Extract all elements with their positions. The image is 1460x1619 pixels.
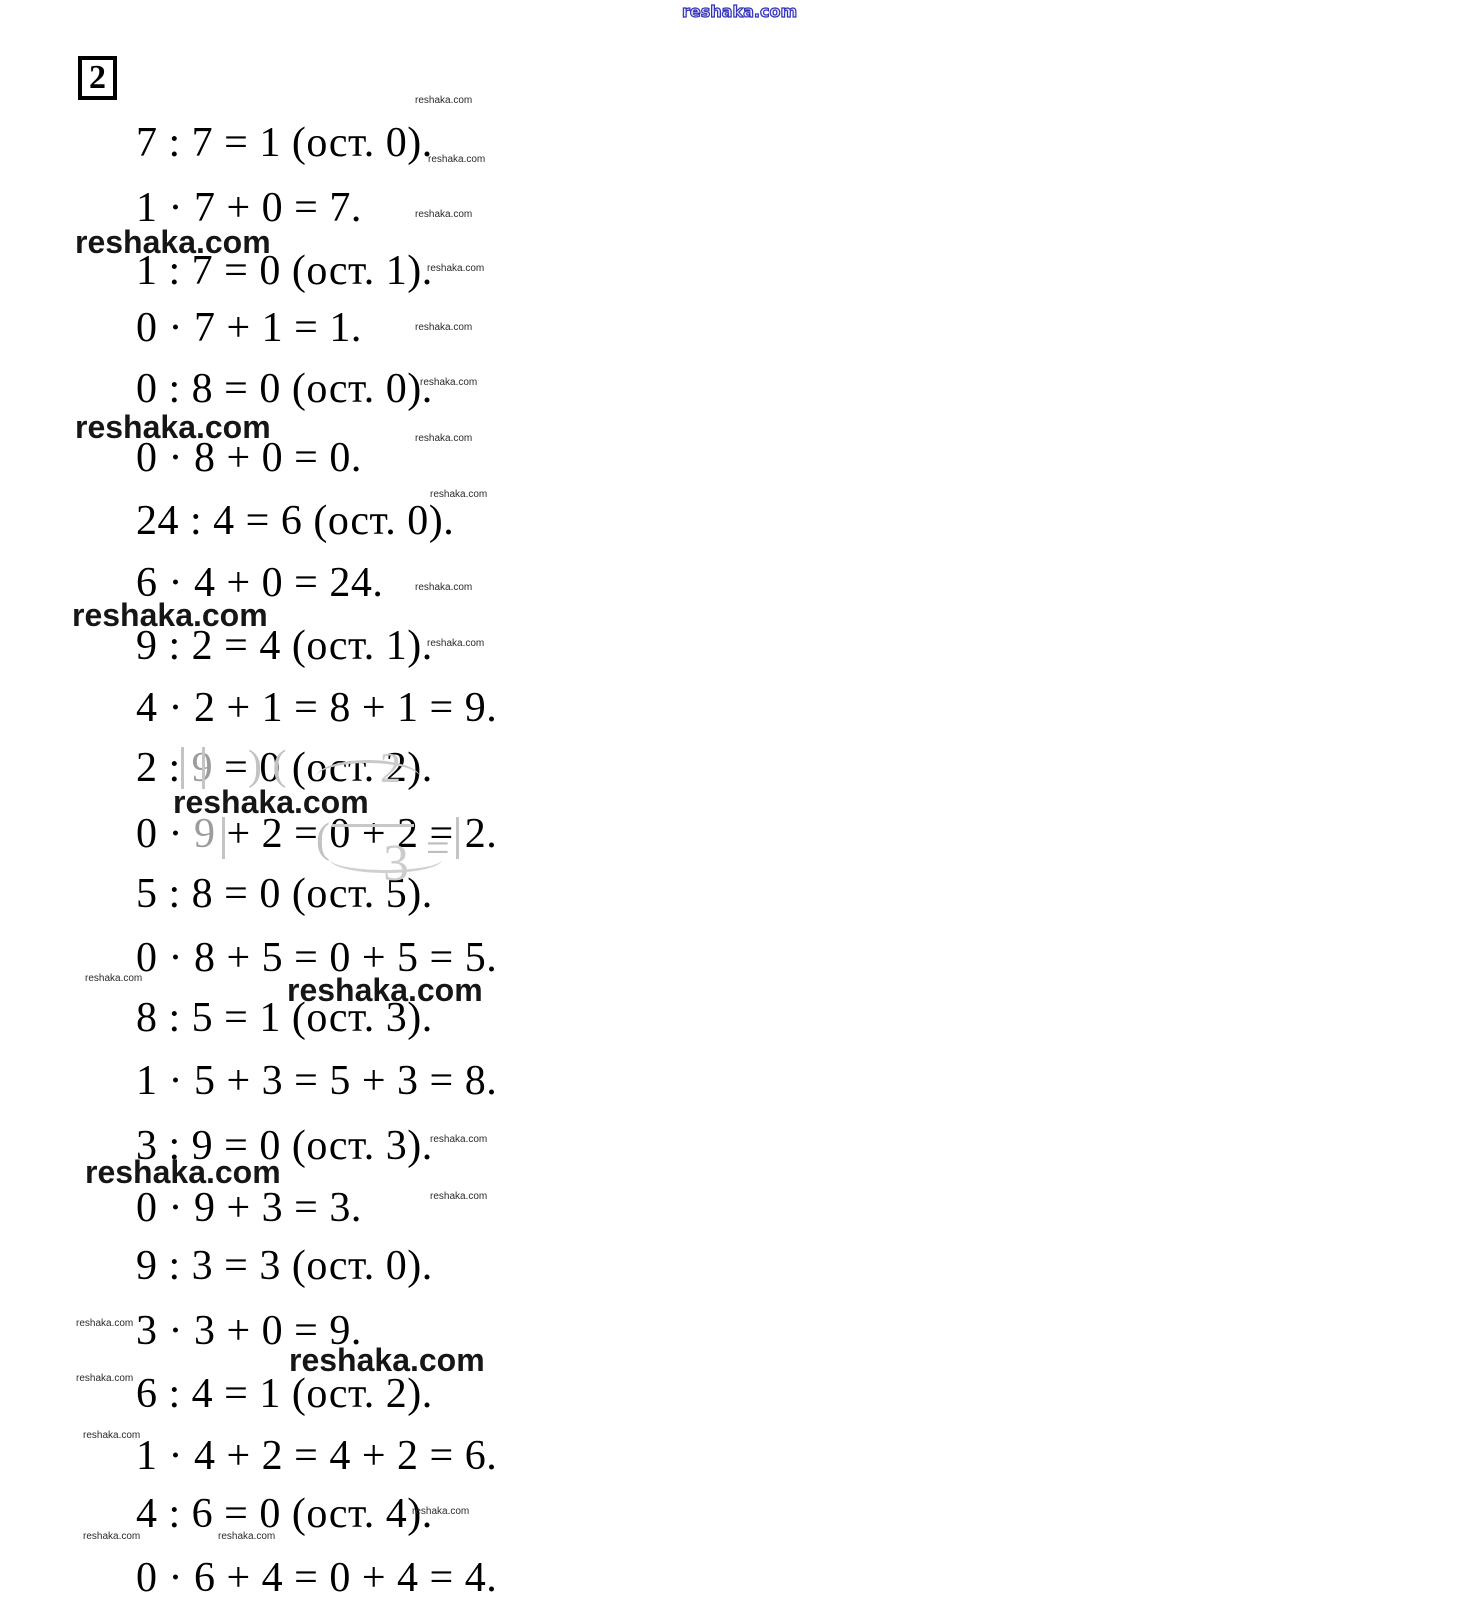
watermark-small: reshaka.com	[420, 378, 477, 388]
equation-line: 24 : 4 = 6 (ост. 0).	[136, 500, 454, 542]
watermark-large: reshaka.com	[287, 974, 483, 1006]
watermark-large: reshaka.com	[289, 1344, 485, 1376]
equation-line: 0 · 9 + 3 = 3.	[136, 1187, 362, 1229]
equation-line: 4 : 6 = 0 (ост. 4).	[136, 1493, 433, 1535]
ghost-parens: ) (	[248, 745, 286, 787]
watermark-small: reshaka.com	[218, 1532, 275, 1542]
watermark-small: reshaka.com	[415, 323, 472, 333]
ghost-stroke	[456, 817, 459, 859]
ghost-stroke	[181, 747, 184, 789]
equation-line: 7 : 7 = 1 (ост. 0).	[136, 122, 433, 164]
ghost-paren: (	[316, 818, 330, 860]
equation-line: 4 · 2 + 1 = 8 + 1 = 9.	[136, 687, 497, 729]
ghost-digit: 2	[380, 748, 401, 790]
watermark-small: reshaka.com	[428, 155, 485, 165]
ghost-stroke	[222, 817, 225, 859]
watermark-small: reshaka.com	[83, 1532, 140, 1542]
ghost-arc	[330, 846, 442, 873]
watermark-small: reshaka.com	[415, 210, 472, 220]
equation-line: 1 · 5 + 3 = 5 + 3 = 8.	[136, 1060, 497, 1102]
watermark-small: reshaka.com	[427, 639, 484, 649]
watermark-small: reshaka.com	[430, 1135, 487, 1145]
equation-line: 6 : 4 = 1 (ост. 2).	[136, 1373, 433, 1415]
watermark-large: reshaka.com	[72, 599, 268, 631]
watermark-small: reshaka.com	[415, 434, 472, 444]
watermark-small: reshaka.com	[76, 1374, 133, 1384]
watermark-large: reshaka.com	[75, 226, 271, 258]
watermark-large: reshaka.com	[85, 1156, 281, 1188]
equation-line: 1 · 7 + 0 = 7.	[136, 187, 362, 229]
watermark-large: reshaka.com	[75, 411, 271, 443]
watermark-small: reshaka.com	[415, 96, 472, 106]
task-number: 2	[89, 61, 106, 95]
watermark-outline: reshaka.com	[682, 2, 797, 21]
equation-line: 9 : 3 = 3 (ост. 0).	[136, 1245, 433, 1287]
equation-line: 0 · 6 + 4 = 0 + 4 = 4.	[136, 1557, 497, 1599]
watermark-small: reshaka.com	[415, 583, 472, 593]
watermark-small: reshaka.com	[427, 264, 484, 274]
solution-page: { "task": { "number": "2" }, "watermark"…	[0, 0, 1460, 1619]
ghost-arc	[316, 760, 420, 795]
watermark-small: reshaka.com	[430, 1192, 487, 1202]
equation-line: 0 · 7 + 1 = 1.	[136, 307, 362, 349]
watermark-small: reshaka.com	[83, 1431, 140, 1441]
watermark-small: reshaka.com	[412, 1507, 469, 1517]
equation-line: 0 : 8 = 0 (ост. 0).	[136, 368, 433, 410]
watermark-small: reshaka.com	[430, 490, 487, 500]
ghost-overline	[332, 824, 414, 827]
watermark-small: reshaka.com	[76, 1319, 133, 1329]
watermark-small: reshaka.com	[85, 974, 142, 984]
task-number-box: 2	[78, 56, 117, 100]
equation-line: 1 · 4 + 2 = 4 + 2 = 6.	[136, 1435, 497, 1477]
ghost-stroke	[202, 747, 205, 789]
